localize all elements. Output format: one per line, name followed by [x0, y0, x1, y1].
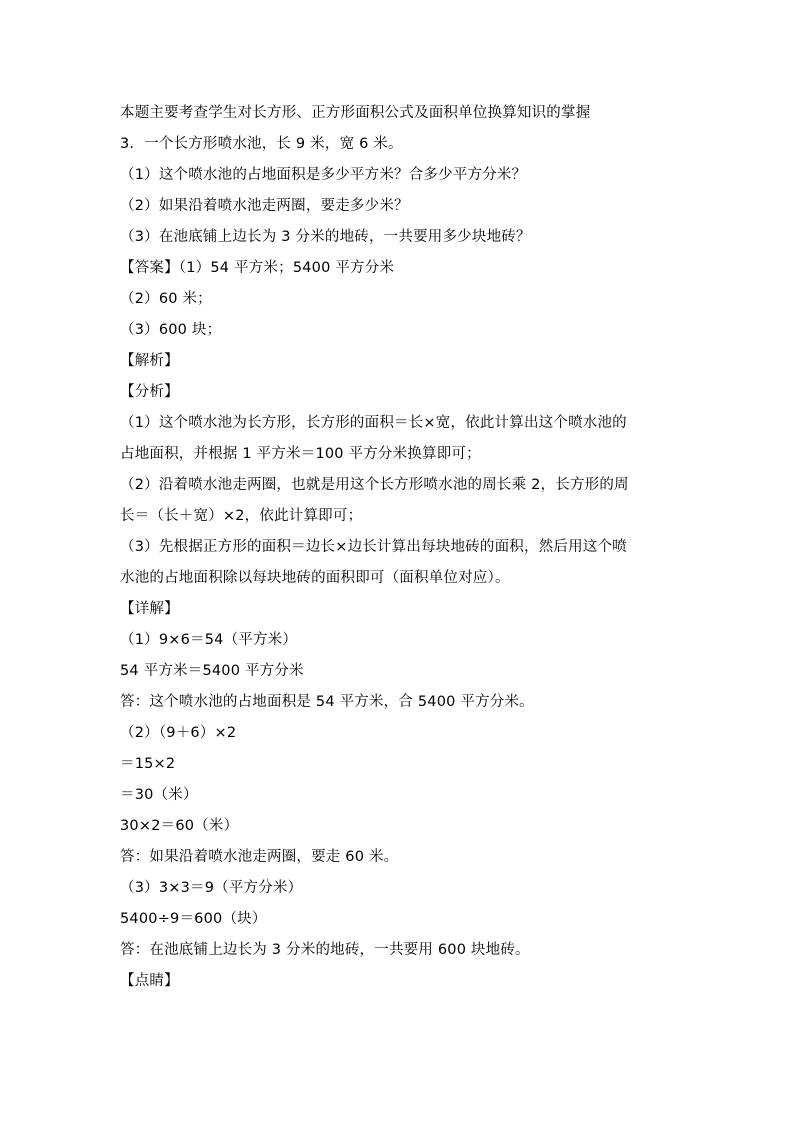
question-part-3: （3）在池底铺上边长为 3 分米的地砖，一共要用多少块地砖？: [120, 222, 680, 253]
analysis-line: 水池的占地面积除以每块地砖的面积即可（面积单位对应）。: [120, 563, 680, 594]
question-part-1: （1）这个喷水池的占地面积是多少平方米？合多少平方分米？: [120, 160, 680, 191]
summary-line: 本题主要考查学生对长方形、正方形面积公式及面积单位换算知识的掌握: [120, 98, 680, 129]
detail-line: 54 平方米＝5400 平方分米: [120, 656, 680, 687]
analysis-line: 占地面积，并根据 1 平方米＝100 平方分米换算即可；: [120, 439, 680, 470]
detail-line: 5400÷9＝600（块）: [120, 904, 680, 935]
detail-line: （3）3×3＝9（平方分米）: [120, 873, 680, 904]
answer-part-3: （3）600 块；: [120, 315, 680, 346]
detail-line: ＝15×2: [120, 749, 680, 780]
analysis-line: （3）先根据正方形的面积＝边长×边长计算出每块地砖的面积，然后用这个喷: [120, 532, 680, 563]
answer-heading: 【答案】（1）54 平方米；5400 平方分米: [120, 253, 680, 284]
analysis-line: （2）沿着喷水池走两圈，也就是用这个长方形喷水池的周长乘 2，长方形的周: [120, 470, 680, 501]
comment-heading: 【点睛】: [120, 966, 680, 997]
detail-heading: 【详解】: [120, 594, 680, 625]
detail-line: 30×2＝60（米）: [120, 811, 680, 842]
explanation-heading: 【解析】: [120, 346, 680, 377]
analysis-heading: 【分析】: [120, 377, 680, 408]
detail-line: ＝30（米）: [120, 780, 680, 811]
analysis-line: （1）这个喷水池为长方形，长方形的面积＝长×宽，依此计算出这个喷水池的: [120, 408, 680, 439]
detail-line: （2）（9＋6）×2: [120, 718, 680, 749]
document-page: 本题主要考查学生对长方形、正方形面积公式及面积单位换算知识的掌握 3．一个长方形…: [120, 98, 680, 997]
detail-answer: 答：在池底铺上边长为 3 分米的地砖，一共要用 600 块地砖。: [120, 935, 680, 966]
detail-line: （1）9×6＝54（平方米）: [120, 625, 680, 656]
answer-part-2: （2）60 米；: [120, 284, 680, 315]
detail-answer: 答：如果沿着喷水池走两圈，要走 60 米。: [120, 842, 680, 873]
question-part-2: （2）如果沿着喷水池走两圈，要走多少米？: [120, 191, 680, 222]
detail-answer: 答：这个喷水池的占地面积是 54 平方米，合 5400 平方分米。: [120, 687, 680, 718]
analysis-line: 长＝（长＋宽）×2，依此计算即可；: [120, 501, 680, 532]
question-title: 3．一个长方形喷水池，长 9 米，宽 6 米。: [120, 129, 680, 160]
